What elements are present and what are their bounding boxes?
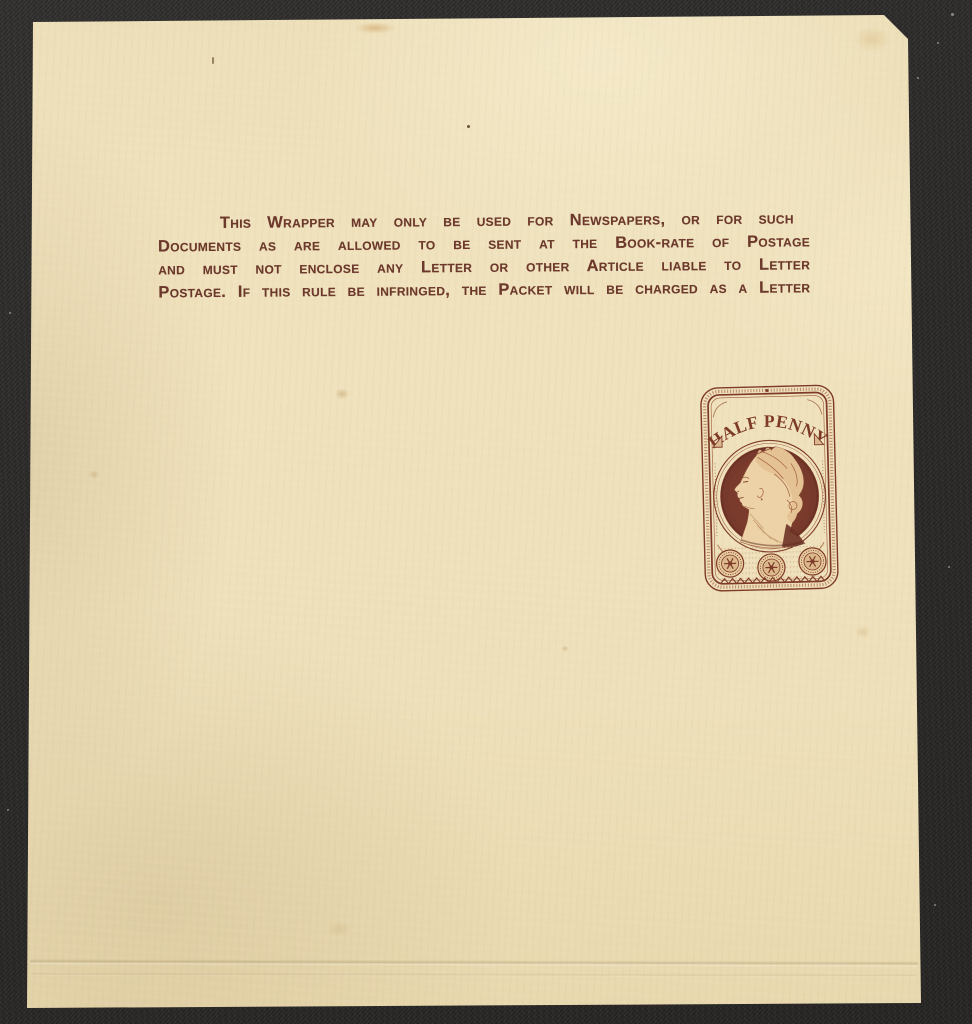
dust-speck xyxy=(917,77,919,79)
dust-speck xyxy=(7,809,9,811)
half-penny-stamp-imprint: HALF PENNY xyxy=(699,384,839,592)
wrapper-paper: This Wrapper may only be used for Newspa… xyxy=(0,0,972,1024)
victoria-medallion xyxy=(712,439,826,553)
printed-content: This Wrapper may only be used for Newspa… xyxy=(0,0,972,1024)
rosette-left xyxy=(716,550,744,578)
dust-speck xyxy=(951,13,954,16)
left-side-ornament xyxy=(715,463,717,535)
photo-of-postal-wrapper: This Wrapper may only be used for Newspa… xyxy=(0,0,972,1024)
right-side-ornament xyxy=(823,461,825,533)
notice-line-4: Postage. If this rule be infringed, the … xyxy=(158,276,810,304)
dust-speck xyxy=(9,312,11,314)
dust-speck xyxy=(937,42,939,44)
half-penny-label: HALF PENNY xyxy=(704,409,832,452)
dust-speck xyxy=(934,904,936,906)
usage-notice-text: This Wrapper may only be used for Newspa… xyxy=(158,207,811,304)
dust-speck xyxy=(948,566,950,568)
svg-text:HALF PENNY: HALF PENNY xyxy=(704,409,832,452)
rosette-right xyxy=(799,548,827,576)
